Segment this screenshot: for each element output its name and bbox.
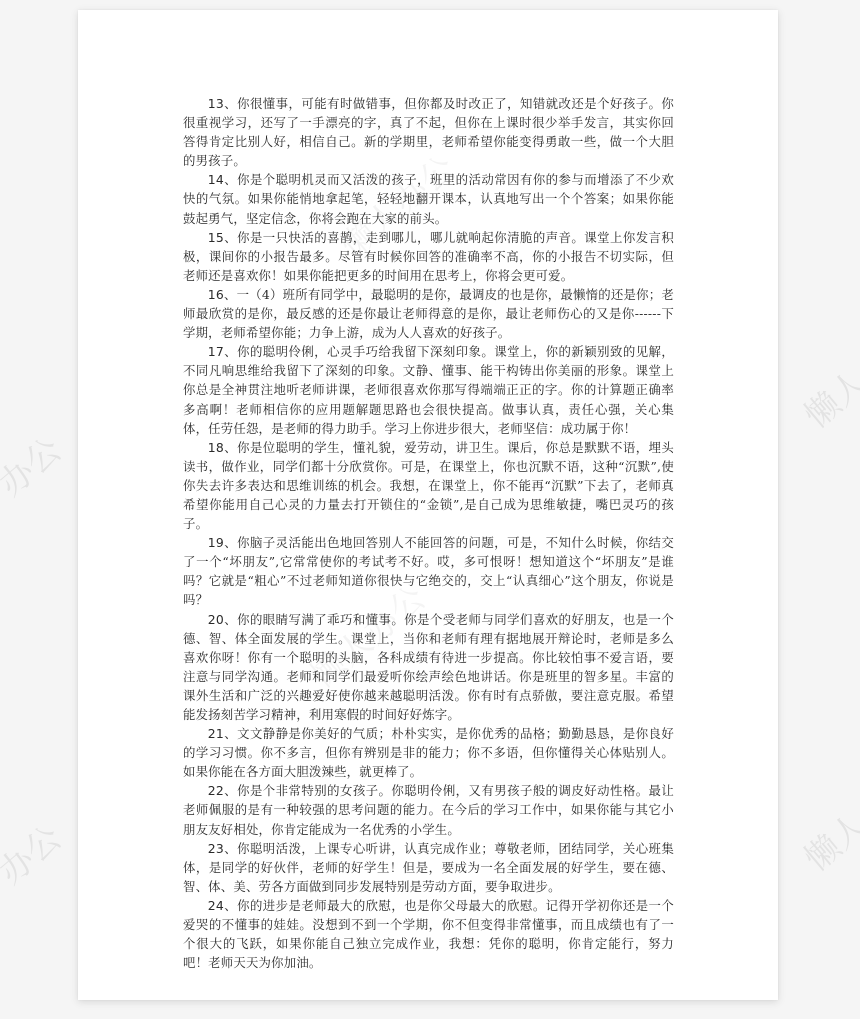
document-body: 13、你很懂事，可能有时做错事，但你都及时改正了，知错就改还是个好孩子。你很重视… xyxy=(183,94,674,972)
document-page: 懒人办公 懒人办公 13、你很懂事，可能有时做错事，但你都及时改正了，知错就改还… xyxy=(78,10,778,1000)
paragraph-number: 14 xyxy=(208,172,224,187)
paragraph-number: 22 xyxy=(208,783,224,798)
paragraph-text: 、你很懂事，可能有时做错事，但你都及时改正了，知错就改还是个好孩子。你很重视学习… xyxy=(183,96,674,168)
paragraph-16: 16、一（4）班所有同学中，最聪明的是你，最调皮的也是你，最懒惰的还是你；老师最… xyxy=(183,285,674,342)
paragraph-18: 18、你是位聪明的学生，懂礼貌，爱劳动，讲卫生。课后，你总是默默不语，埋头读书，… xyxy=(183,438,674,533)
paragraph-text: 、你是个非常特别的女孩子。你聪明伶俐，又有男孩子般的调皮好动性格。最让老师佩服的… xyxy=(183,783,674,836)
paragraph-20: 20、你的眼睛写满了乖巧和懂事。你是个受老师与同学们喜欢的好朋友，也是一个德、智… xyxy=(183,610,674,725)
paragraph-text: 、你是一只快活的喜鹊，走到哪儿，哪儿就响起你清脆的声音。课堂上你发言积极，课间你… xyxy=(183,230,674,283)
paragraph-19: 19、你脑子灵活能出色地回答别人不能回答的问题，可是，不知什么时候，你结交了一个… xyxy=(183,533,674,609)
paragraph-text: 、你的聪明伶俐，心灵手巧给我留下深刻印象。课堂上，你的新颖别致的见解，不同凡响思… xyxy=(183,344,674,435)
paragraph-number: 23 xyxy=(208,841,224,856)
watermark-right-bottom: 懒人 xyxy=(792,799,860,880)
paragraph-17: 17、你的聪明伶俐，心灵手巧给我留下深刻印象。课堂上，你的新颖别致的见解，不同凡… xyxy=(183,342,674,437)
paragraph-23: 23、你聪明活泼，上课专心听讲，认真完成作业；尊敬老师，团结同学，关心班集体，是… xyxy=(183,839,674,896)
paragraph-text: 、你是个聪明机灵而又活泼的孩子，班里的活动常因有你的参与而增添了不少欢快的气氛。… xyxy=(183,172,674,225)
watermark-left-top: 办公 xyxy=(0,424,70,505)
paragraph-number: 17 xyxy=(208,344,224,359)
paragraph-number: 19 xyxy=(208,535,224,550)
paragraph-number: 13 xyxy=(208,96,224,111)
paragraph-13: 13、你很懂事，可能有时做错事，但你都及时改正了，知错就改还是个好孩子。你很重视… xyxy=(183,94,674,170)
watermark-left-bottom: 办公 xyxy=(0,812,70,893)
paragraph-number: 15 xyxy=(208,230,224,245)
paragraph-text: 、你是位聪明的学生，懂礼貌，爱劳动，讲卫生。课后，你总是默默不语，埋头读书，做作… xyxy=(183,440,674,531)
paragraph-15: 15、你是一只快活的喜鹊，走到哪儿，哪儿就响起你清脆的声音。课堂上你发言积极，课… xyxy=(183,228,674,285)
paragraph-number: 20 xyxy=(208,612,224,627)
paragraph-number: 21 xyxy=(208,726,224,741)
paragraph-text: 、你聪明活泼，上课专心听讲，认真完成作业；尊敬老师，团结同学，关心班集体，是同学… xyxy=(183,841,674,894)
paragraph-number: 24 xyxy=(208,898,224,913)
watermark-right-top: 懒人 xyxy=(792,356,860,437)
paragraph-text: 、一（4）班所有同学中，最聪明的是你，最调皮的也是你，最懒惰的还是你；老师最欣赏… xyxy=(183,287,674,340)
paragraph-text: 、文文静静是你美好的气质；朴朴实实，是你优秀的品格；勤勤恳恳，是你良好的学习习惯… xyxy=(183,726,674,779)
paragraph-22: 22、你是个非常特别的女孩子。你聪明伶俐，又有男孩子般的调皮好动性格。最让老师佩… xyxy=(183,781,674,838)
paragraph-14: 14、你是个聪明机灵而又活泼的孩子，班里的活动常因有你的参与而增添了不少欢快的气… xyxy=(183,170,674,227)
paragraph-text: 、你的进步是老师最大的欣慰，也是你父母最大的欣慰。记得开学初你还是一个爱哭的不懂… xyxy=(183,898,674,970)
paragraph-text: 、你脑子灵活能出色地回答别人不能回答的问题，可是，不知什么时候，你结交了一个“坏… xyxy=(183,535,674,607)
paragraph-21: 21、文文静静是你美好的气质；朴朴实实，是你优秀的品格；勤勤恳恳，是你良好的学习… xyxy=(183,724,674,781)
paragraph-24: 24、你的进步是老师最大的欣慰，也是你父母最大的欣慰。记得开学初你还是一个爱哭的… xyxy=(183,896,674,972)
paragraph-number: 16 xyxy=(208,287,224,302)
paragraph-number: 18 xyxy=(208,440,224,455)
paragraph-text: 、你的眼睛写满了乖巧和懂事。你是个受老师与同学们喜欢的好朋友，也是一个德、智、体… xyxy=(183,612,674,722)
